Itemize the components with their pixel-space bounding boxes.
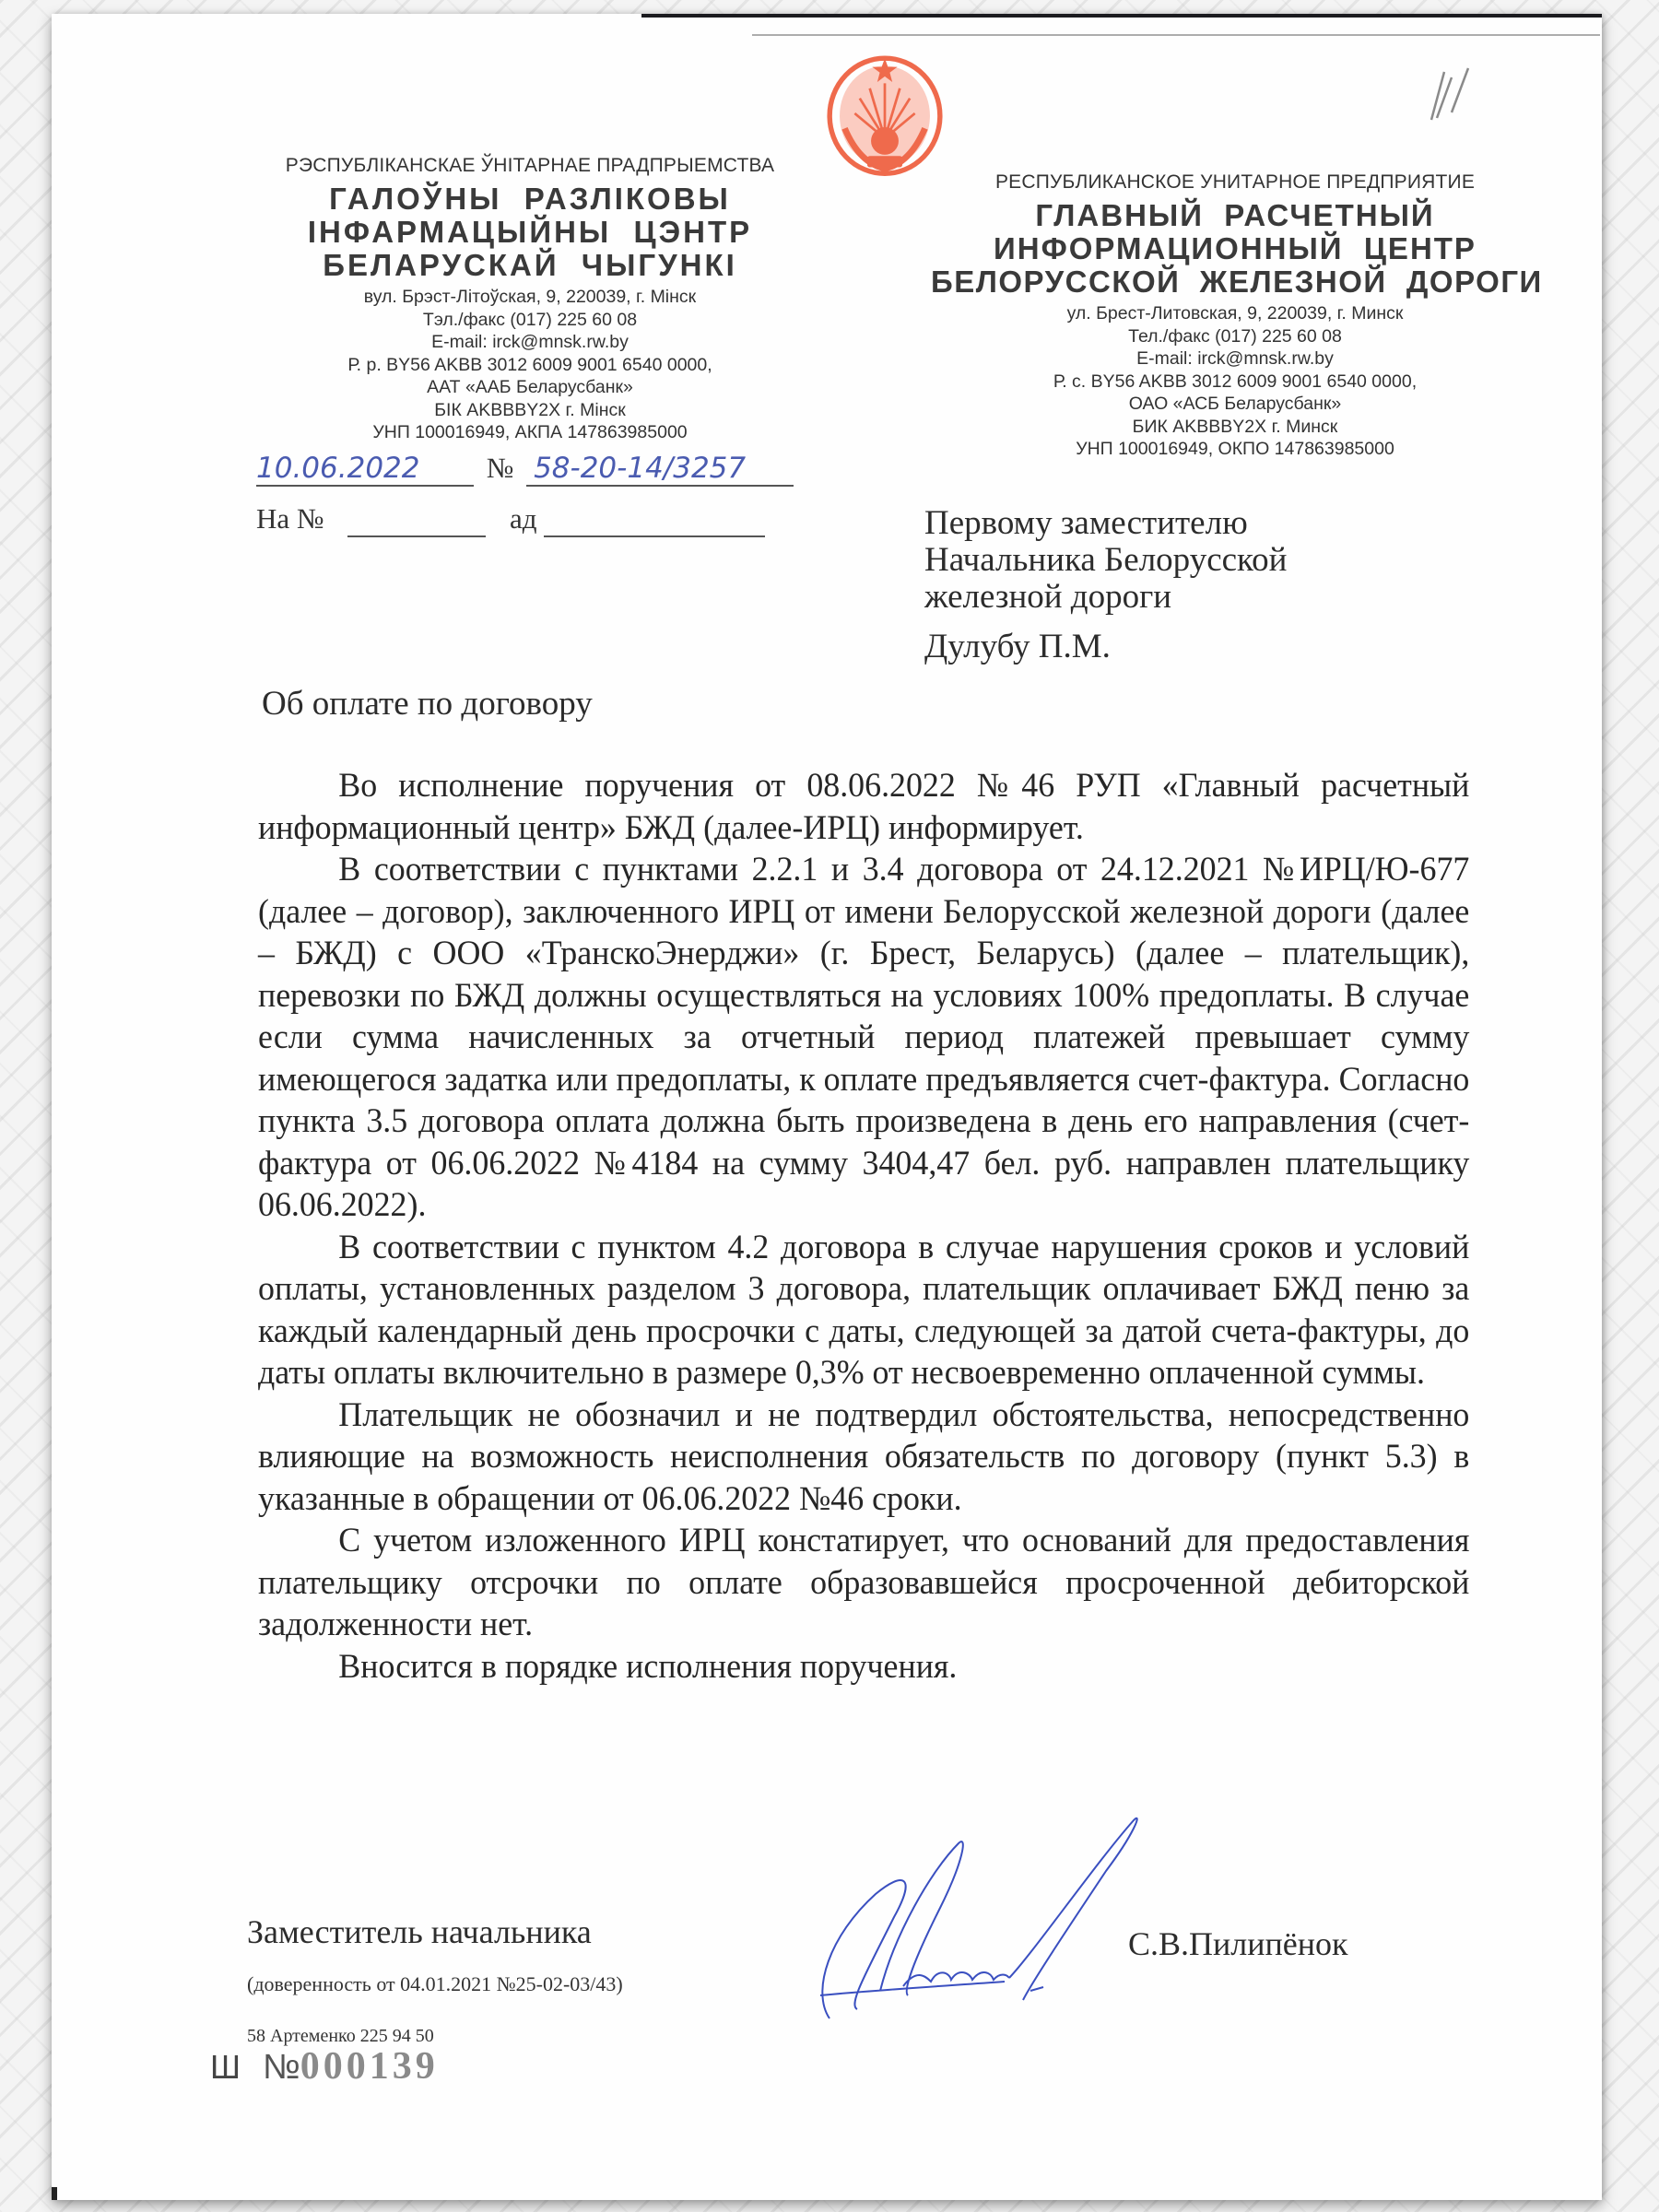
- addressee-name: Дулубу П.М.: [924, 629, 1287, 665]
- reg-date-field: 10.06.2022: [256, 452, 474, 487]
- reply-date-field: [544, 502, 765, 537]
- letter-subject: Об оплате по договору: [262, 684, 593, 724]
- org-bank: ААТ «ААБ Беларусбанк»: [249, 376, 811, 399]
- paragraph: Во исполнение поручения от 08.06.2022 №4…: [258, 765, 1469, 849]
- org-address: ул. Брест-Литовская, 9, 220039, г. Минск: [931, 302, 1539, 325]
- paragraph: В соответствии с пунктами 2.2.1 и 3.4 до…: [258, 849, 1469, 1227]
- header-right: РЕСПУБЛИКАНСКОЕ УНИТАРНОЕ ПРЕДПРИЯТИЕ ГЛ…: [931, 171, 1539, 461]
- reg-number-label: №: [487, 452, 514, 484]
- org-address: вул. Брэст-Літоўская, 9, 220039, г. Мінс…: [249, 286, 811, 309]
- paragraph: Вносится в порядке исполнения поручения.: [258, 1646, 1469, 1688]
- reg-date: 10.06.2022: [256, 452, 420, 485]
- addressee-line: железной дороги: [924, 579, 1287, 616]
- handwritten-signature-icon: [793, 1806, 1198, 2028]
- org-account: Р. р. BY56 AKBB 3012 6009 9001 6540 0000…: [249, 354, 811, 377]
- registration-line: 10.06.2022 № 58-20-14/3257: [256, 452, 794, 487]
- header-left: РЭСПУБЛІКАНСКАЕ ЎНІТАРНАЕ ПРАДПРЫЕМСТВА …: [249, 155, 811, 444]
- org-phone: Тел./факс (017) 225 60 08: [931, 325, 1539, 348]
- addressee-line: Начальника Белорусской: [924, 542, 1287, 579]
- org-name-line: БЕЛАРУСКАЙ ЧЫГУНКІ: [249, 249, 811, 282]
- belarus-coat-of-arms-icon: [822, 51, 947, 176]
- letter-body: Во исполнение поручения от 08.06.2022 №4…: [258, 765, 1469, 1688]
- paragraph: С учетом изложенного ИРЦ констатирует, ч…: [258, 1520, 1469, 1646]
- signatory-title: Заместитель начальника: [247, 1912, 592, 1951]
- org-phone: Тэл./факс (017) 225 60 08: [249, 309, 811, 332]
- org-bic: БИК AKBBBY2X г. Минск: [931, 416, 1539, 439]
- form-serial-number: Ш№000139: [210, 2044, 439, 2088]
- org-unp: УНП 100016949, АКПА 147863985000: [249, 421, 811, 444]
- org-account: Р. с. BY56 AKBB 3012 6009 9001 6540 0000…: [931, 371, 1539, 394]
- org-name-line: ГЛАВНЫЙ РАСЧЕТНЫЙ: [931, 199, 1539, 232]
- signatory-name: С.В.Пилипёнок: [1128, 1924, 1348, 1963]
- scan-edge: [641, 14, 1602, 18]
- reply-line: На № ад: [256, 502, 765, 537]
- addressee-line: Первому заместителю: [924, 505, 1287, 542]
- reg-number-field: 58-20-14/3257: [526, 452, 794, 487]
- org-email: E-mail: irck@mnsk.rw.by: [249, 331, 811, 354]
- org-name-line: ИНФОРМАЦИОННЫЙ ЦЕНТР: [931, 232, 1539, 265]
- serial-label: №: [263, 2048, 300, 2087]
- org-name-line: ІНФАРМАЦЫЙНЫ ЦЭНТР: [249, 216, 811, 249]
- power-of-attorney: (доверенность от 04.01.2021 №25-02-03/43…: [247, 1972, 623, 1996]
- org-name-line: БЕЛОРУССКОЙ ЖЕЛЕЗНОЙ ДОРОГИ: [931, 265, 1539, 299]
- reg-number: 58-20-14/3257: [534, 452, 746, 485]
- serial-prefix: Ш: [210, 2048, 241, 2086]
- handwritten-mark-icon: [1424, 65, 1479, 129]
- org-type-by: РЭСПУБЛІКАНСКАЕ ЎНІТАРНАЕ ПРАДПРЫЕМСТВА: [249, 155, 811, 177]
- scan-edge-line: [752, 34, 1600, 36]
- org-bic: БІК AKBBBY2X г. Мінск: [249, 399, 811, 422]
- org-name-line: ГАЛОЎНЫ РАЗЛІКОВЫ: [249, 182, 811, 216]
- addressee-block: Первому заместителю Начальника Белорусск…: [924, 505, 1287, 665]
- paragraph: В соответствии с пунктом 4.2 договора в …: [258, 1227, 1469, 1394]
- scan-corner: [52, 2187, 57, 2200]
- org-email: E-mail: irck@mnsk.rw.by: [931, 347, 1539, 371]
- reply-number-label: На №: [256, 502, 324, 535]
- reply-from-label: ад: [510, 502, 537, 535]
- reply-number-field: [347, 502, 486, 537]
- org-type-ru: РЕСПУБЛИКАНСКОЕ УНИТАРНОЕ ПРЕДПРИЯТИЕ: [931, 171, 1539, 194]
- org-okpo: УНП 100016949, ОКПО 147863985000: [931, 438, 1539, 461]
- paragraph: Плательщик не обозначил и не подтвердил …: [258, 1394, 1469, 1521]
- serial-number: 000139: [300, 2045, 439, 2088]
- org-bank: ОАО «АСБ Беларусбанк»: [931, 393, 1539, 416]
